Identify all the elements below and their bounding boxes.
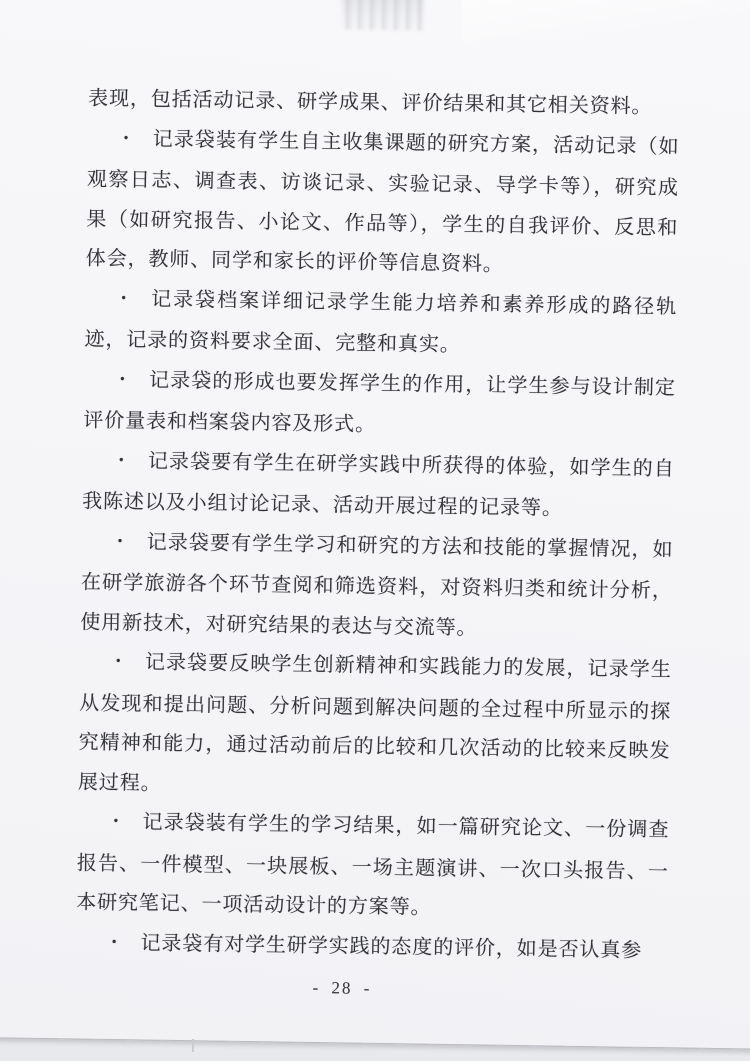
bullet-icon: • [117, 522, 147, 562]
bullet-icon: • [120, 360, 150, 400]
paragraph: •记录袋要有学生在研学实践中所获得的体验，如学生的自我陈述以及小组讨论记录、活动… [82, 441, 675, 531]
bullet-icon: • [115, 642, 145, 682]
paragraph: •记录袋装有学生自主收集课题的研究方案，活动记录（如观察日志、调查表、访谈记录、… [85, 119, 679, 288]
scan-corner-flare [461, 0, 750, 64]
paragraph: •记录袋要有学生学习和研究的方法和技能的掌握情况，如在研学旅游各个环节查阅和筛选… [80, 522, 674, 651]
paragraph-list: 表现，包括活动记录、研学成果、评价结果和其它相关资料。•记录袋装有学生自主收集课… [75, 80, 680, 974]
page-number: - 28 - [312, 978, 371, 998]
paragraph: •记录袋有对学生研学实践的态度的评价，如是否认真参 [75, 923, 668, 973]
bullet-icon: • [123, 119, 153, 159]
bullet-icon: • [111, 923, 141, 963]
bullet-icon: • [113, 802, 143, 842]
page-footer: - 28 - [0, 973, 717, 1004]
scan-artifact-line [192, 1039, 194, 1052]
paragraph: •记录袋的形成也要发挥学生的作用，让学生参与设计制定评价量表和档案袋内容及形式。 [83, 360, 676, 450]
paper-sheet: 表现，包括活动记录、研学成果、评价结果和其它相关资料。•记录袋装有学生自主收集课… [0, 0, 750, 1050]
scanned-document-page: 表现，包括活动记录、研学成果、评价结果和其它相关资料。•记录袋装有学生自主收集课… [0, 0, 750, 1061]
paragraph: •记录袋要反映学生创新精神和实践能力的发展，记录学生从发现和提出问题、分析问题到… [78, 643, 672, 812]
scan-smudge-mark [341, 0, 424, 31]
document-body: 表现，包括活动记录、研学成果、评价结果和其它相关资料。•记录袋装有学生自主收集课… [75, 80, 680, 974]
paragraph: •记录袋档案详细记录学生能力培养和素养形成的路径轨迹，记录的资料要求全面、完整和… [84, 279, 677, 369]
bullet-icon: • [118, 441, 148, 481]
bullet-icon: • [121, 279, 151, 319]
paragraph: •记录袋装有学生的学习结果，如一篇研究论文、一份调查报告、一件模型、一块展板、一… [76, 803, 670, 932]
